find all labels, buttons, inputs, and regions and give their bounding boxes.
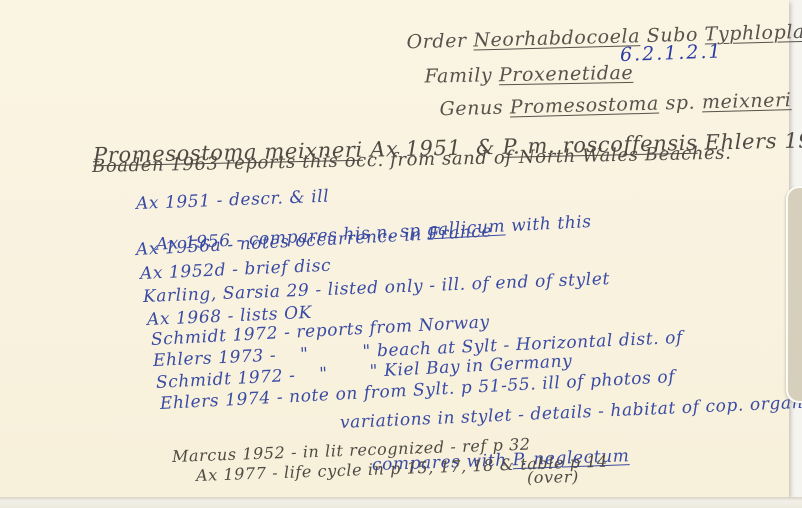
index-card: Order Neorhabdocoela Subo Typhloplanoida… (0, 0, 789, 497)
index-code: 6.2.1.2.1 (620, 40, 723, 66)
over-note: (over) (527, 467, 579, 487)
back-card-corner (786, 186, 802, 403)
desk-surface (0, 497, 802, 508)
entry-text: with this (505, 212, 592, 237)
